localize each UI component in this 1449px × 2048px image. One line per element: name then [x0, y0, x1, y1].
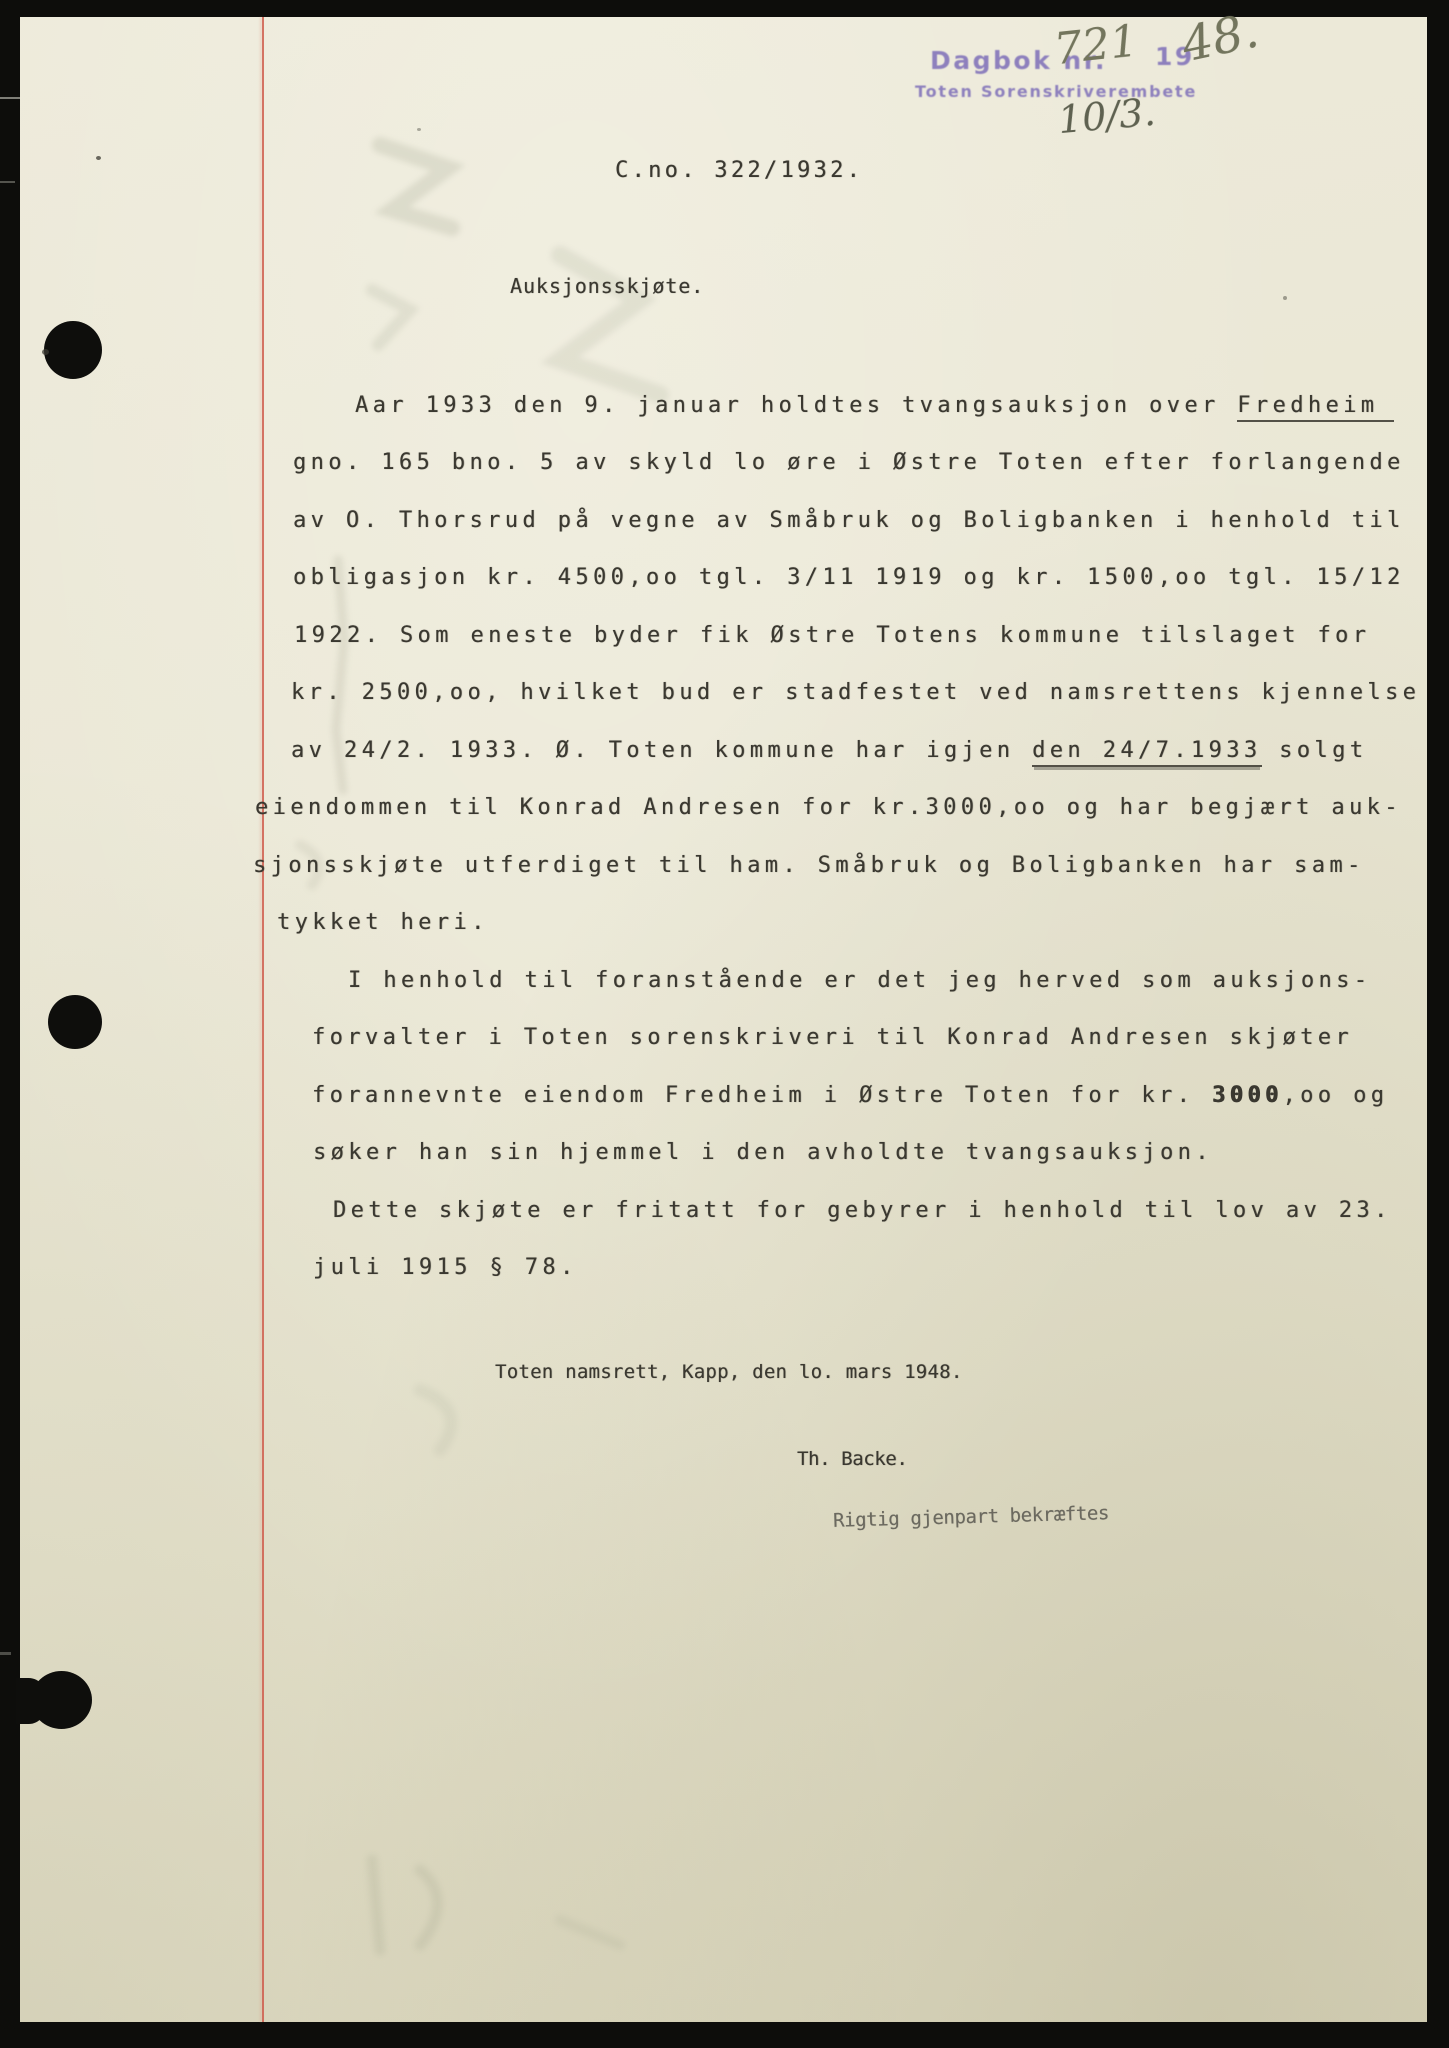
typed-line: søker han sin hjemmel i den avholdte tva… [313, 1142, 1213, 1164]
red-margin-line [262, 17, 264, 2022]
line-text: av 24/2. 1933. Ø. Toten kommune har igje… [291, 738, 1032, 763]
underlined-text: den 24/7.1933 [1032, 738, 1261, 767]
line-text: forannevnte eiendom Fredheim i Østre Tot… [312, 1083, 1212, 1108]
typed-line: sjonsskjøte utferdiget til ham. Småbruk … [253, 855, 1365, 877]
typed-line: forannevnte eiendom Fredheim i Østre Tot… [312, 1085, 1388, 1107]
typed-line: av O. Thorsrud på vegne av Småbruk og Bo… [293, 510, 1405, 532]
underlined-text: Fredheim [1237, 393, 1394, 422]
typed-line: 1922. Som eneste byder fik Østre Totens … [294, 625, 1370, 647]
dateline: Toten namsrett, Kapp, den lo. mars 1948. [495, 1363, 963, 1382]
typed-line: av 24/2. 1933. Ø. Toten kommune har igje… [291, 740, 1367, 762]
case-number: C.no. 322/1932. [615, 160, 863, 182]
journal-number-handwritten: 721 [1052, 16, 1141, 75]
scanned-document-page: Dagbok nr. 721 19 48. Toten Sorenskriver… [0, 0, 1449, 2048]
punch-hole [48, 995, 102, 1049]
typed-line: Dette skjøte er fritatt for gebyrer i he… [333, 1200, 1392, 1222]
typed-line: Aar 1933 den 9. januar holdtes tvangsauk… [355, 395, 1394, 417]
ink-speck [96, 156, 101, 160]
typed-line: tykket heri. [277, 912, 489, 934]
document-title: Auksjonsskjøte. [510, 276, 704, 296]
scan-scratch [0, 181, 15, 183]
line-text: solgt [1262, 738, 1368, 763]
typed-line: obligasjon kr. 4500,oo tgl. 3/11 1919 og… [293, 567, 1405, 589]
line-text: ,oo og [1283, 1083, 1389, 1108]
typed-line: gno. 165 bno. 5 av skyld lo øre i Østre … [293, 452, 1405, 474]
ink-speck [1283, 296, 1287, 300]
scan-scratch [0, 97, 20, 99]
typed-line: forvalter i Toten sorenskriveri til Konr… [312, 1027, 1353, 1049]
line-text: Aar 1933 den 9. januar holdtes tvangsauk… [355, 393, 1237, 418]
typed-line: juli 1915 § 78. [313, 1257, 578, 1279]
paper-sheet [20, 17, 1427, 2022]
ink-speck [417, 128, 421, 131]
overstruck-text: 3000 [1212, 1083, 1283, 1108]
typed-line: eiendommen til Konrad Andresen for kr.30… [255, 797, 1402, 819]
punch-hole [44, 321, 102, 379]
punch-hole-tail [42, 349, 49, 355]
typed-line: I henhold til foranstående er det jeg he… [348, 970, 1371, 992]
typed-line: kr. 2500,oo, hvilket bud er stadfestet v… [291, 682, 1420, 704]
date-handwritten: 10/3. [1056, 90, 1157, 142]
signature: Th. Backe. [797, 1450, 907, 1469]
scan-scratch [0, 1652, 11, 1655]
